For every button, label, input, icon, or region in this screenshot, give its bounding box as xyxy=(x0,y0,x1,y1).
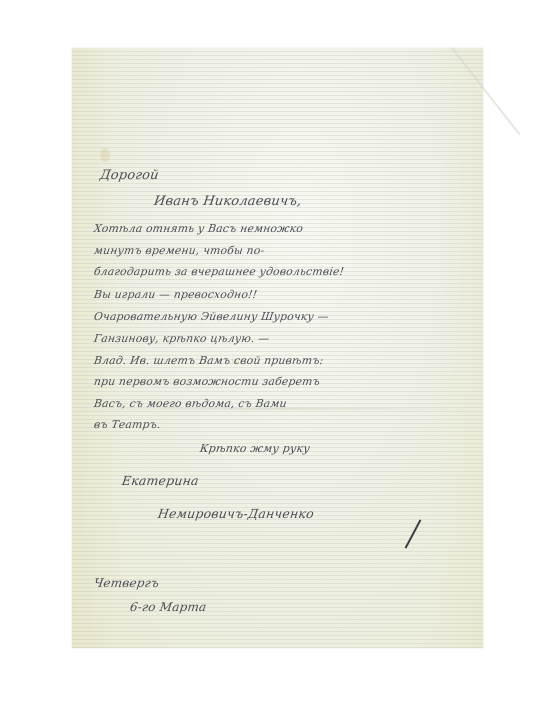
letter-greeting: Дорогой xyxy=(99,168,160,183)
letter-body-line: Хотѣла отнять у Васъ немножко xyxy=(93,222,304,235)
paper-stain xyxy=(100,148,110,162)
letter-body-line: Васъ, съ моего вѣдома, съ Вами xyxy=(93,397,288,410)
signature-flourish xyxy=(405,519,422,548)
signature-surname: Немировичъ-Данченко xyxy=(157,506,315,521)
letter-addressee: Иванъ Николаевичъ, xyxy=(153,194,303,209)
letter-body-line: Вы играли — превосходно!! xyxy=(93,288,258,301)
letter-paper: Дорогой Иванъ Николаевичъ, Хотѣла отнять… xyxy=(72,48,483,648)
date-day-month: 6-го Марта xyxy=(129,600,207,614)
letter-body-line: Ганзинову, крѣпко цѣлую. — xyxy=(93,332,270,345)
letter-body-line: Очаровательную Эйвелину Шурочку — xyxy=(93,310,329,323)
letter-closing: Крѣпко жму руку xyxy=(199,442,311,455)
date-weekday: Четвергъ xyxy=(93,576,160,590)
letter-body-line: при первомъ возможности заберетъ xyxy=(93,375,321,388)
signature-first-name: Екатерина xyxy=(121,473,200,488)
letter-body-line: благодарить за вчерашнее удовольствiе! xyxy=(93,265,345,278)
letter-body-line: Влад. Ив. шлетъ Вамъ свой привѣтъ: xyxy=(93,354,324,367)
letter-body-line: въ Театръ. xyxy=(93,418,162,431)
paper-corner-crease xyxy=(451,47,520,135)
letter-body-line: минутъ времени, чтобы по- xyxy=(93,244,265,257)
